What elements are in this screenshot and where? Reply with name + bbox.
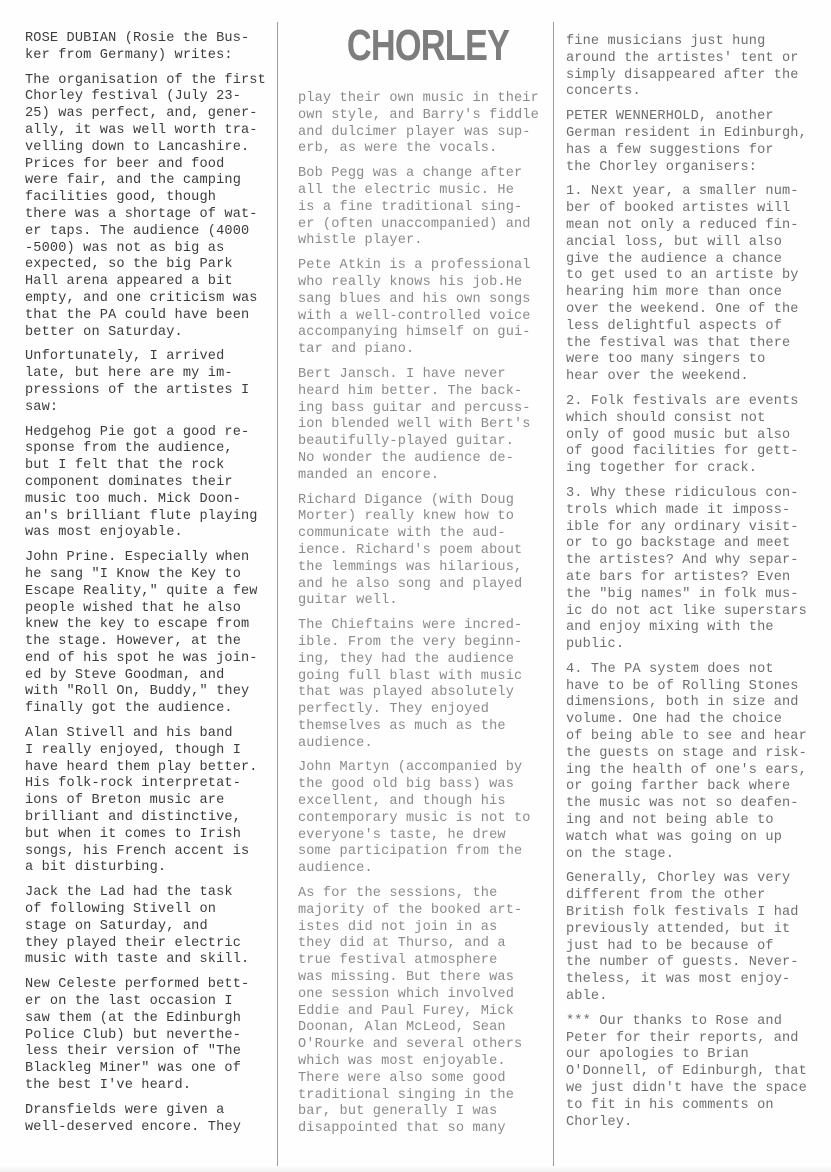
suggestion-4: 4. The PA system does not have to be of … bbox=[566, 662, 828, 864]
paragraph-richard-digance: Richard Digance (with Doug Morter) reall… bbox=[298, 493, 556, 611]
newsletter-page: CHORLEY ROSE DUBIAN (Rosie the Bus- ker … bbox=[0, 0, 831, 1172]
column-middle: play their own music in their own style,… bbox=[298, 91, 556, 1146]
paragraph: The organisation of the first Chorley fe… bbox=[25, 73, 280, 342]
paragraph-new-celeste: New Celeste performed bett- er on the la… bbox=[25, 977, 280, 1095]
paragraph-john-prine: John Prine. Especially when he sang "I K… bbox=[25, 550, 280, 718]
paragraph-pete-atkin: Pete Atkin is a professional who really … bbox=[298, 258, 556, 359]
paragraph-bob-pegg: Bob Pegg was a change after all the elec… bbox=[298, 166, 556, 250]
paragraph-dransfields: Dransfields were given a well-deserved e… bbox=[25, 1103, 280, 1137]
masthead-title: CHORLEY bbox=[328, 22, 528, 70]
paragraph: Unfortunately, I arrived late, but here … bbox=[25, 349, 280, 416]
paragraph-chieftains: The Chieftains were incred- ible. From t… bbox=[298, 618, 556, 752]
paragraph-jack-the-lad: Jack the Lad had the task of following S… bbox=[25, 885, 280, 969]
paragraph-john-martyn: John Martyn (accompanied by the good old… bbox=[298, 760, 556, 878]
paragraph-conclusion: Generally, Chorley was very different fr… bbox=[566, 871, 828, 1005]
paragraph-bert-jansch: Bert Jansch. I have never heard him bett… bbox=[298, 367, 556, 485]
column-right: fine musicians just hung around the arti… bbox=[566, 34, 828, 1139]
suggestion-1: 1. Next year, a smaller num- ber of book… bbox=[566, 184, 828, 386]
paragraph-sessions: As for the sessions, the majority of the… bbox=[298, 886, 556, 1138]
column-left: ROSE DUBIAN (Rosie the Bus- ker from Ger… bbox=[25, 31, 280, 1144]
paragraph: play their own music in their own style,… bbox=[298, 91, 556, 158]
paragraph-hedgehog-pie: Hedgehog Pie got a good re- sponse from … bbox=[25, 425, 280, 543]
byline-peter-wennerhold: PETER WENNERHOLD, another German residen… bbox=[566, 109, 828, 176]
byline-rose-dubian: ROSE DUBIAN (Rosie the Bus- ker from Ger… bbox=[25, 31, 280, 65]
paragraph: fine musicians just hung around the arti… bbox=[566, 34, 828, 101]
editor-note: *** Our thanks to Rose and Peter for the… bbox=[566, 1014, 828, 1132]
suggestion-2: 2. Folk festivals are events which shoul… bbox=[566, 394, 828, 478]
paragraph-alan-stivell: Alan Stivell and his band I really enjoy… bbox=[25, 726, 280, 877]
page-bottom-edge bbox=[0, 1166, 831, 1172]
suggestion-3: 3. Why these ridiculous con- trols which… bbox=[566, 486, 828, 654]
